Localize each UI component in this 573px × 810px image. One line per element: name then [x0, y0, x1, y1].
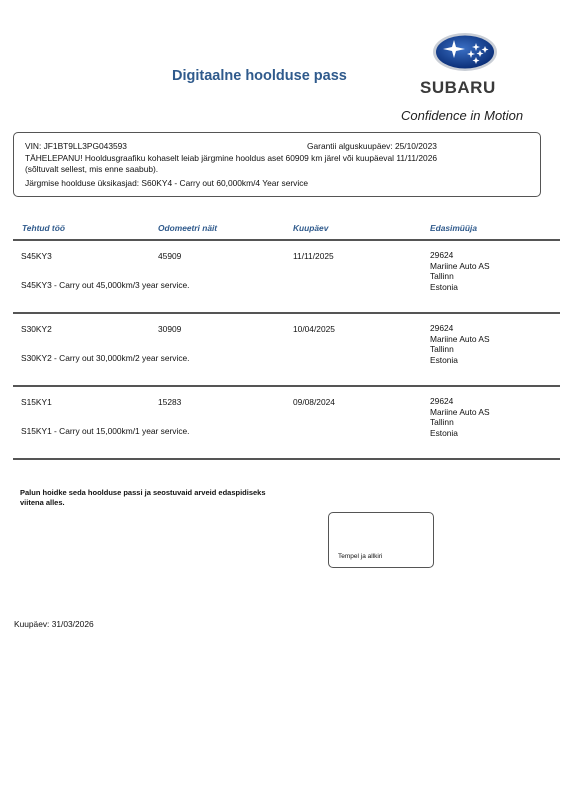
brand-tagline: Confidence in Motion [401, 108, 523, 123]
row-divider [13, 458, 560, 460]
next-service-details: Järgmise hoolduse üksikasjad: S60KY4 - C… [25, 178, 308, 189]
odometer-reading: 30909 [158, 324, 181, 335]
brand-name: SUBARU [420, 78, 496, 98]
service-code: S30KY2 [21, 324, 52, 335]
vin-number: VIN: JF1BT9LL3PG043593 [25, 141, 127, 152]
retention-note: Palun hoidke seda hoolduse passi ja seos… [20, 488, 280, 508]
document-date: Kuupäev: 31/03/2026 [14, 619, 94, 629]
dealer-line: 29624 [430, 396, 453, 407]
dealer-line: Estonia [430, 355, 458, 366]
service-code: S45KY3 [21, 251, 52, 262]
dealer-line: 29624 [430, 250, 453, 261]
header-divider [13, 239, 560, 241]
dealer-line: 29624 [430, 323, 453, 334]
warranty-start-date: Garantii alguskuupäev: 25/10/2023 [307, 141, 437, 152]
stamp-label: Tempel ja allkiri [338, 553, 382, 560]
service-date: 09/08/2024 [293, 397, 335, 408]
header-dealer: Edasimüüja [430, 223, 477, 233]
next-service-warning: TÄHELEPANU! Hooldusgraafiku kohaselt lei… [25, 153, 535, 175]
service-description: S30KY2 - Carry out 30,000km/2 year servi… [21, 353, 190, 364]
row-divider [13, 385, 560, 387]
service-date: 10/04/2025 [293, 324, 335, 335]
stamp-signature-box: Tempel ja allkiri [328, 512, 434, 568]
service-description: S15KY1 - Carry out 15,000km/1 year servi… [21, 426, 190, 437]
header-odometer: Odomeetri näit [158, 223, 217, 233]
dealer-line: Tallinn [430, 271, 454, 282]
dealer-line: Mariine Auto AS [430, 407, 490, 418]
header-date: Kuupäev [293, 223, 328, 233]
odometer-reading: 15283 [158, 397, 181, 408]
warning-line-2: (sõltuvalt sellest, mis enne saabub). [25, 164, 535, 175]
service-description: S45KY3 - Carry out 45,000km/3 year servi… [21, 280, 190, 291]
subaru-logo-icon [420, 32, 510, 72]
vehicle-info-box: VIN: JF1BT9LL3PG043593 Garantii alguskuu… [13, 132, 541, 197]
warning-line-1: TÄHELEPANU! Hooldusgraafiku kohaselt lei… [25, 153, 535, 164]
service-date: 11/11/2025 [293, 251, 334, 262]
service-code: S15KY1 [21, 397, 52, 408]
page-title: Digitaalne hoolduse pass [172, 68, 347, 84]
dealer-line: Mariine Auto AS [430, 334, 490, 345]
header-work-done: Tehtud töö [22, 223, 65, 233]
dealer-line: Tallinn [430, 344, 454, 355]
row-divider [13, 312, 560, 314]
odometer-reading: 45909 [158, 251, 181, 262]
dealer-line: Tallinn [430, 417, 454, 428]
dealer-line: Estonia [430, 428, 458, 439]
dealer-line: Mariine Auto AS [430, 261, 490, 272]
dealer-line: Estonia [430, 282, 458, 293]
